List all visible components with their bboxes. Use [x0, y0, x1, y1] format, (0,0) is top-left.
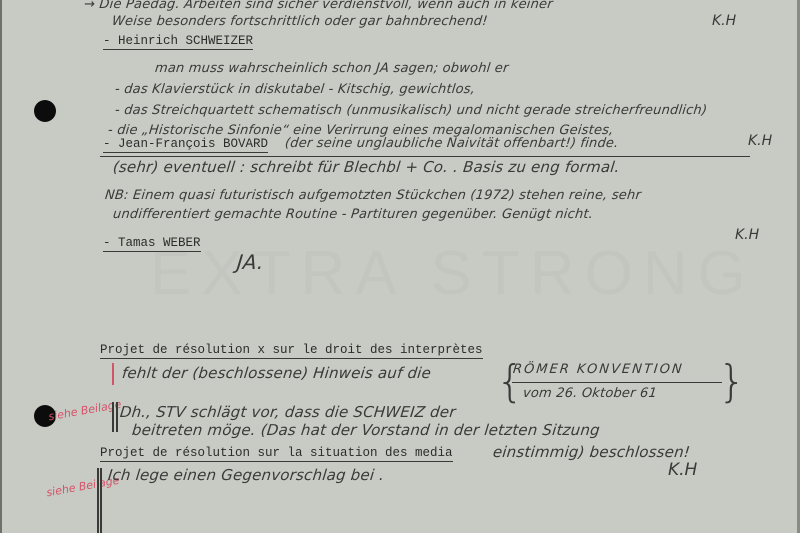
signature: K.H — [712, 13, 736, 29]
weber-answer: JA. — [236, 250, 265, 274]
scanned-document-page: EXTRA STRONG → Die Paedag. Arbeiten sind… — [0, 0, 800, 533]
signature: K.H — [668, 460, 697, 480]
interpretes-note-line-3: beitreten möge. (Das hat der Vorstand in… — [131, 421, 601, 439]
candidate-name-bovard: - Jean-François BOVARD — [103, 137, 268, 151]
candidate-name-text: - Heinrich SCHWEIZER — [103, 34, 253, 50]
candidate-name-weber: - Tamas WEBER — [103, 236, 201, 250]
resolution-title-text: Projet de résolution sur la situation de… — [100, 446, 453, 462]
brace-line-2: vom 26. Oktober 61 — [522, 386, 658, 401]
bovard-nb-line-2: undifferentiert gemachte Routine - Parti… — [112, 207, 594, 222]
interpretes-note-line-1: fehlt der (beschlossene) Hinweis auf die — [121, 364, 432, 382]
signature: K.H — [748, 133, 772, 149]
margin-bar — [97, 468, 99, 533]
candidate-name-text: - Tamas WEBER — [103, 236, 201, 252]
brace-line-1: RÖMER KONVENTION — [512, 362, 684, 377]
schweizer-item-1: - das Klavierstück in diskutabel - Kitsc… — [114, 82, 476, 97]
page-left-edge — [0, 0, 2, 533]
bovard-line-2: (sehr) eventuell : schreibt für Blechbl … — [112, 158, 621, 176]
schweizer-item-2: - das Streichquartett schematisch (unmus… — [114, 103, 708, 118]
margin-bar — [112, 363, 114, 385]
brace-divider — [512, 382, 722, 383]
resolution-title-media: Projet de résolution sur la situation de… — [100, 446, 453, 460]
candidate-name-schweizer: - Heinrich SCHWEIZER — [103, 34, 253, 48]
bovard-comment: (der seine unglaubliche Naivität offenba… — [284, 136, 619, 151]
right-brace-icon: } — [718, 356, 746, 407]
top-note-line-1: → Die Paedag. Arbeiten sind sicher verdi… — [83, 0, 553, 12]
margin-bar — [116, 402, 118, 432]
interpretes-note-line-2: Dh., STV schlägt vor, dass die SCHWEIZ d… — [119, 403, 457, 421]
schweizer-intro: man muss wahrscheinlich schon JA sagen; … — [154, 61, 509, 76]
signature: K.H — [735, 227, 759, 243]
margin-bar — [112, 402, 114, 432]
punch-hole-icon — [34, 100, 56, 122]
media-note: Ich lege einen Gegenvorschlag bei . — [107, 466, 385, 484]
resolution-title-text: Projet de résolution x sur le droit des … — [100, 343, 483, 359]
resolution-title-interpretes: Projet de résolution x sur le droit des … — [100, 343, 483, 357]
interpretes-note-line-4: einstimmig) beschlossen! — [492, 443, 691, 461]
candidate-name-text: - Jean-François BOVARD — [103, 137, 268, 153]
margin-bar — [100, 468, 102, 533]
top-note-line-2: Weise besonders fortschrittlich oder gar… — [111, 14, 488, 29]
bovard-nb-line-1: NB: Einem quasi futuristisch aufgemotzte… — [104, 188, 642, 203]
